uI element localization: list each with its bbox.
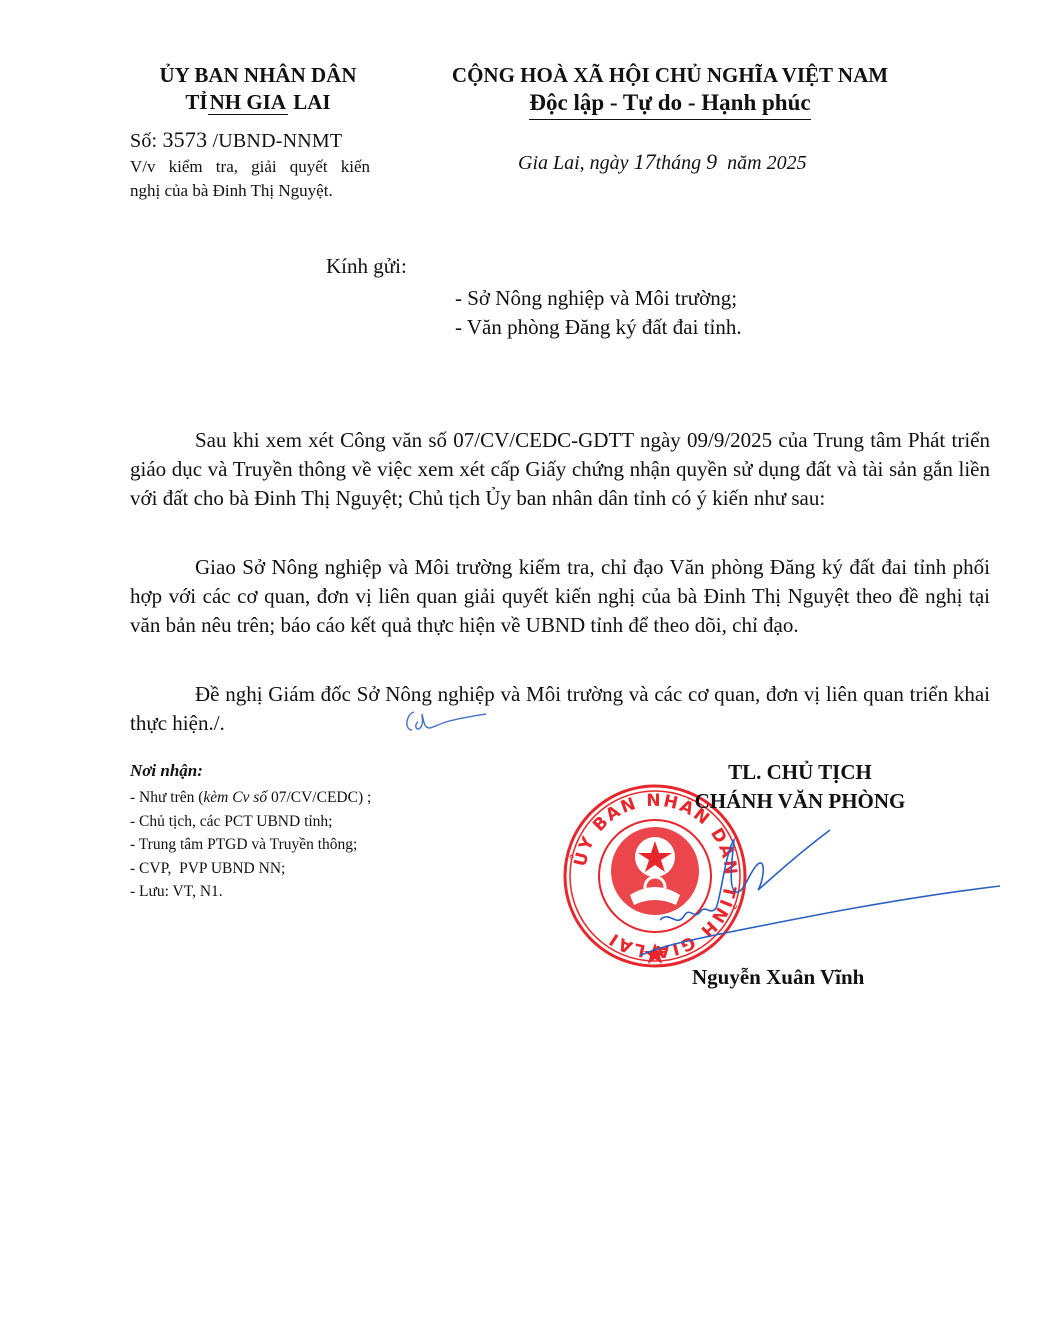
issuing-agency: ỦY BAN NHÂN DÂN TỈNH GIA LAI bbox=[100, 62, 416, 116]
recipient-item: - Chủ tịch, các PCT UBND tỉnh; bbox=[130, 810, 371, 834]
recipients-list: - Như trên (kèm Cv số 07/CV/CEDC) ; - Ch… bbox=[130, 786, 371, 904]
addressee-item: - Văn phòng Đăng ký đất đai tỉnh. bbox=[455, 313, 742, 342]
recipient-text: 07/CV/CEDC) ; bbox=[267, 789, 371, 806]
recipients-title: Nơi nhận: bbox=[130, 761, 203, 781]
nation-name: CỘNG HOÀ XÃ HỘI CHỦ NGHĨA VIỆT NAM bbox=[410, 62, 930, 89]
date-place: Gia Lai, ngày bbox=[518, 152, 634, 174]
doc-number-label: Số: bbox=[130, 130, 162, 152]
body-paragraph-2: Giao Sở Nông nghiệp và Môi trường kiểm t… bbox=[130, 553, 990, 640]
signature-block-title: TL. CHỦ TỊCH CHÁNH VĂN PHÒNG bbox=[600, 758, 1000, 816]
agency-line-2: TỈNH GIA LAI bbox=[100, 89, 416, 116]
signature-title-line-1: TL. CHỦ TỊCH bbox=[600, 758, 1000, 787]
addressee-label: Kính gửi: bbox=[326, 254, 407, 279]
addressee-list: - Sở Nông nghiệp và Môi trường; - Văn ph… bbox=[455, 284, 742, 342]
agency-line-2-part-b: LAI bbox=[288, 90, 331, 114]
document-number: Số: 3573 /UBND-NNMT bbox=[130, 128, 342, 153]
paragraph-text: Đề nghị Giám đốc Sở Nông nghiệp và Môi t… bbox=[130, 680, 990, 738]
agency-line-1: ỦY BAN NHÂN DÂN bbox=[100, 62, 416, 89]
paragraph-text: Giao Sở Nông nghiệp và Môi trường kiểm t… bbox=[130, 553, 990, 640]
date-month-label: tháng bbox=[656, 152, 707, 174]
official-letter: ỦY BAN NHÂN DÂN TỈNH GIA LAI Số: 3573 /U… bbox=[0, 0, 1050, 1319]
doc-number-suffix: /UBND-NNMT bbox=[207, 130, 342, 152]
signer-name: Nguyễn Xuân Vĩnh bbox=[692, 965, 864, 990]
recipient-note: kèm Cv số bbox=[203, 789, 267, 806]
subject-line-1: V/v kiểm tra, giải quyết kiến bbox=[130, 155, 370, 179]
initials-mark-icon bbox=[400, 700, 490, 740]
body-paragraph-1: Sau khi xem xét Công văn số 07/CV/CEDC-G… bbox=[130, 426, 990, 513]
subject-line-2: nghị của bà Đinh Thị Nguyệt. bbox=[130, 179, 370, 203]
recipient-item: - Trung tâm PTGD và Truyền thông; bbox=[130, 833, 371, 857]
national-motto: Độc lập - Tự do - Hạnh phúc bbox=[529, 89, 810, 120]
agency-line-2-part-a: TỈ bbox=[185, 90, 207, 114]
date-line: Gia Lai, ngày 17tháng 9 năm 2025 bbox=[518, 149, 807, 175]
doc-number-value: 3573 bbox=[162, 127, 207, 152]
national-header: CỘNG HOÀ XÃ HỘI CHỦ NGHĨA VIỆT NAM Độc l… bbox=[410, 62, 930, 120]
document-subject: V/v kiểm tra, giải quyết kiến nghị của b… bbox=[130, 155, 370, 203]
recipient-item: - CVP, PVP UBND NN; bbox=[130, 857, 371, 881]
recipient-text: - Như trên ( bbox=[130, 789, 203, 806]
date-month: 9 bbox=[706, 149, 717, 174]
body-paragraph-3: Đề nghị Giám đốc Sở Nông nghiệp và Môi t… bbox=[130, 680, 990, 738]
date-year: năm 2025 bbox=[717, 152, 806, 174]
agency-line-2-underlined: NH GIA bbox=[208, 90, 288, 115]
recipient-item: - Lưu: VT, N1. bbox=[130, 880, 371, 904]
addressee-item: - Sở Nông nghiệp và Môi trường; bbox=[455, 284, 742, 313]
signature-title-line-2: CHÁNH VĂN PHÒNG bbox=[600, 787, 1000, 816]
paragraph-text: Sau khi xem xét Công văn số 07/CV/CEDC-G… bbox=[130, 426, 990, 513]
handwritten-signature-icon bbox=[640, 820, 1020, 970]
date-day: 17 bbox=[634, 149, 656, 174]
recipient-item: - Như trên (kèm Cv số 07/CV/CEDC) ; bbox=[130, 786, 371, 810]
